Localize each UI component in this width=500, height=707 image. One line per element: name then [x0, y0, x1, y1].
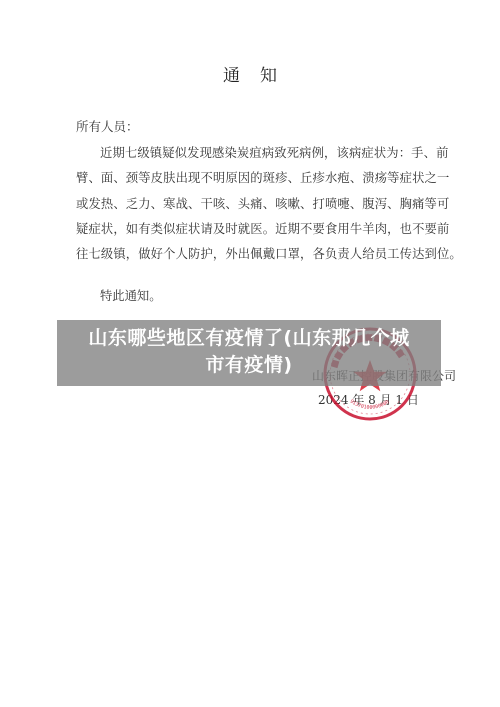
- banner-title-line-2: 市有疫情): [57, 352, 441, 379]
- document-body: 近期七级镇疑似发现感染炭疽病致死病例，该病症状为：手、前 臂、面、颈等皮肤出现不…: [76, 143, 428, 269]
- closing-text: 特此通知。: [100, 286, 162, 304]
- banner-title-line-1: 山东哪些地区有疫情了(山东那几个城: [57, 325, 441, 352]
- body-line: 或发热、乏力、寒战、干咳、头痛、咳嗽、打喷嚏、腹泻、胸痛等可: [76, 194, 428, 219]
- document-page: 通知 所有人员： 近期七级镇疑似发现感染炭疽病致死病例，该病症状为：手、前 臂、…: [0, 0, 500, 707]
- salutation: 所有人员：: [76, 117, 139, 135]
- document-title: 通知: [0, 61, 500, 86]
- body-line: 近期七级镇疑似发现感染炭疽病致死病例，该病症状为：手、前: [76, 143, 428, 168]
- body-line: 疑症状，如有类似症状请及时就医。近期不要食用牛羊肉，也不要前: [76, 219, 428, 244]
- body-line: 臂、面、颈等皮肤出现不明原因的斑疹、丘疹水疱、溃疡等症状之一: [76, 168, 428, 193]
- body-line: 往七级镇，做好个人防护，外出佩戴口罩，各负责人给员工传达到位。: [76, 244, 428, 269]
- svg-text:91370100000000: 91370100000000: [349, 399, 391, 411]
- article-title-banner: 山东哪些地区有疫情了(山东那几个城 市有疫情): [57, 320, 441, 386]
